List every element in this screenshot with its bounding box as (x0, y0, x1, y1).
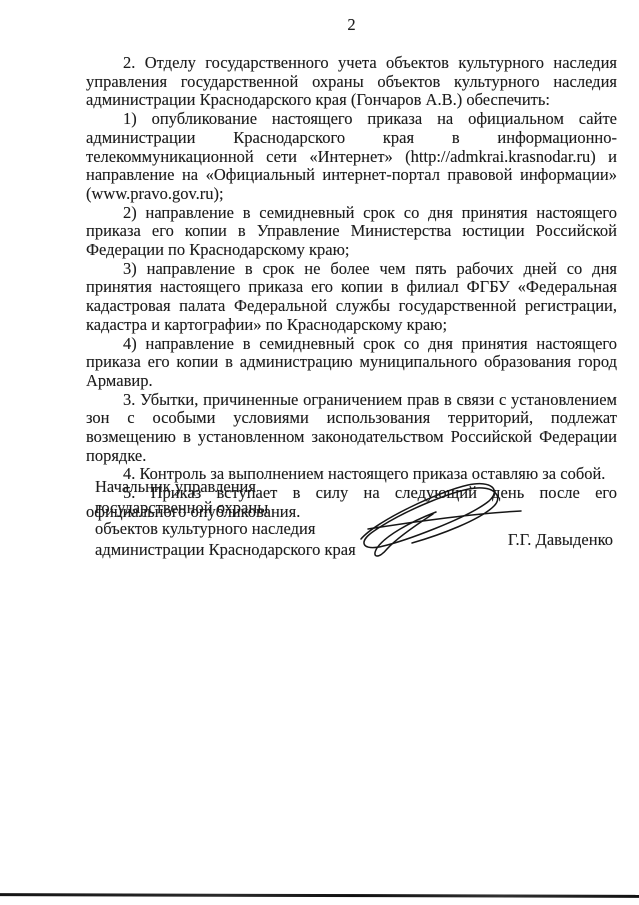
paragraph-subitem-2: 2) направление в семидневный срок со дня… (86, 204, 617, 260)
signoff-title-line: объектов культурного наследия (95, 518, 356, 539)
signoff-title-line: Начальник управления (95, 476, 356, 497)
paragraph-subitem-1: 1) опубликование настоящего приказа на о… (86, 110, 617, 204)
document-body: 2. Отделу государственного учета объекто… (86, 54, 617, 522)
signoff-title-line: администрации Краснодарского края (95, 539, 356, 560)
paragraph-subitem-3: 3) направление в срок не более чем пять … (86, 260, 617, 335)
page-number: 2 (86, 15, 617, 35)
signoff-title-line: государственной охраны (95, 497, 356, 518)
paragraph-item-3: 3. Убытки, причиненные ограничением прав… (86, 391, 617, 466)
paragraph-item-2-intro: 2. Отделу государственного учета объекто… (86, 54, 617, 110)
paragraph-subitem-4: 4) направление в семидневный срок со дня… (86, 335, 617, 391)
document-page: 2 2. Отделу государственного учета объек… (0, 0, 639, 905)
scan-artifact-line (0, 893, 639, 897)
signatory-name: Г.Г. Давыденко (508, 530, 613, 550)
signature-block: Начальник управления государственной охр… (95, 476, 356, 560)
